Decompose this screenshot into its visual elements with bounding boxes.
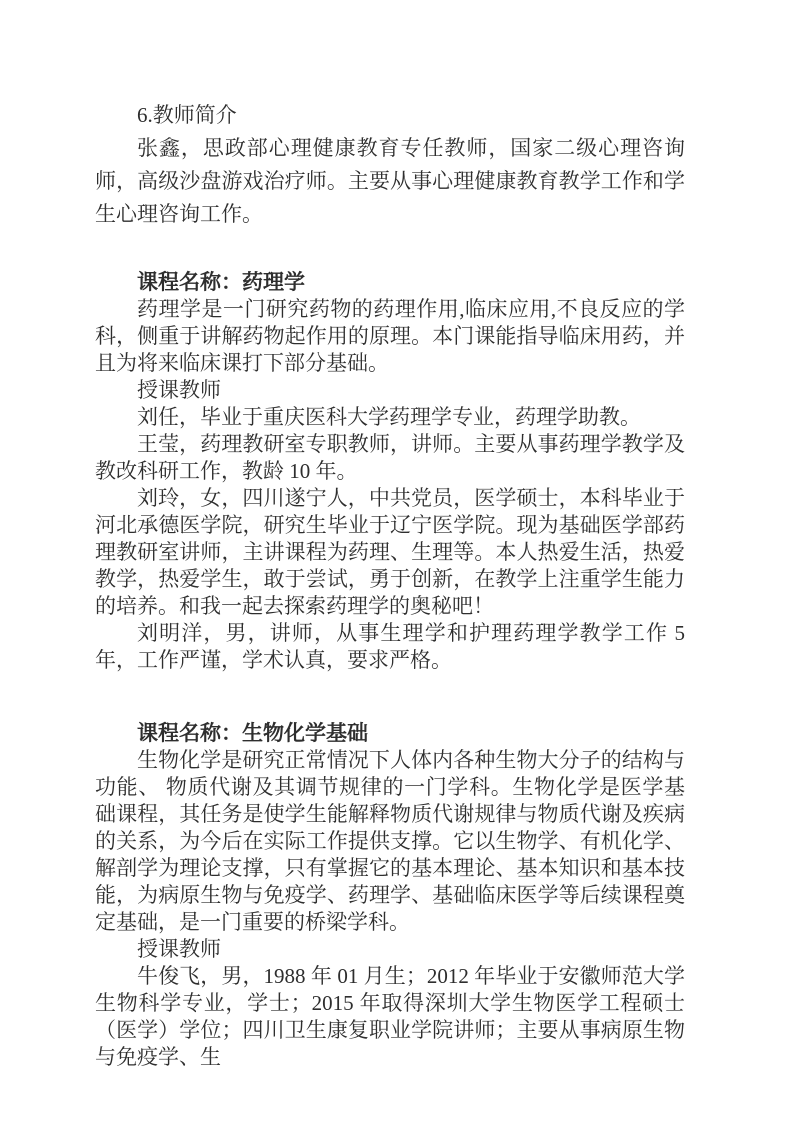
teacher-intro-paragraph: 张鑫，思政部心理健康教育专任教师，国家二级心理咨询师，高级沙盘游戏治疗师。主要从… xyxy=(95,132,685,231)
teacher-bio-liu-ren: 刘任，毕业于重庆医科大学药理学专业，药理学助教。 xyxy=(95,404,685,431)
document-content: 6.教师简介 张鑫，思政部心理健康教育专任教师，国家二级心理咨询师，高级沙盘游戏… xyxy=(95,99,685,1071)
teacher-bio-liu-ling: 刘玲，女，四川遂宁人，中共党员，医学硕士，本科毕业于河北承德医学院，研究生毕业于… xyxy=(95,485,685,620)
teachers-label-pharmacology: 授课教师 xyxy=(95,377,685,404)
teacher-bio-liu-mingyang: 刘明洋，男，讲师，从事生理学和护理药理学教学工作 5 年，工作严谨，学术认真，要… xyxy=(95,620,685,674)
course-title-biochemistry: 课程名称：生物化学基础 xyxy=(95,720,685,747)
course-description-biochemistry: 生物化学是研究正常情况下人体内各种生物大分子的结构与功能、 物质代谢及其调节规律… xyxy=(95,747,685,936)
section-course-pharmacology: 课程名称：药理学 药理学是一门研究药物的药理作用,临床应用,不良反应的学科，侧重… xyxy=(95,269,685,674)
teacher-bio-niu-junfei: 牛俊飞，男，1988 年 01 月生；2012 年毕业于安徽师范大学生物科学专业… xyxy=(95,963,685,1071)
course-description-pharmacology: 药理学是一门研究药物的药理作用,临床应用,不良反应的学科，侧重于讲解药物起作用的… xyxy=(95,296,685,377)
section-teacher-intro: 6.教师简介 张鑫，思政部心理健康教育专任教师，国家二级心理咨询师，高级沙盘游戏… xyxy=(95,99,685,231)
teacher-bio-wang-ying: 王莹，药理教研室专职教师，讲师。主要从事药理学教学及教改科研工作，教龄 10 年… xyxy=(95,431,685,485)
section-course-biochemistry: 课程名称：生物化学基础 生物化学是研究正常情况下人体内各种生物大分子的结构与功能… xyxy=(95,720,685,1071)
course-title-pharmacology: 课程名称：药理学 xyxy=(95,269,685,296)
teacher-intro-heading: 6.教师简介 xyxy=(95,99,685,132)
teachers-label-biochemistry: 授课教师 xyxy=(95,936,685,963)
document-page: 6.教师简介 张鑫，思政部心理健康教育专任教师，国家二级心理咨询师，高级沙盘游戏… xyxy=(0,0,793,1122)
